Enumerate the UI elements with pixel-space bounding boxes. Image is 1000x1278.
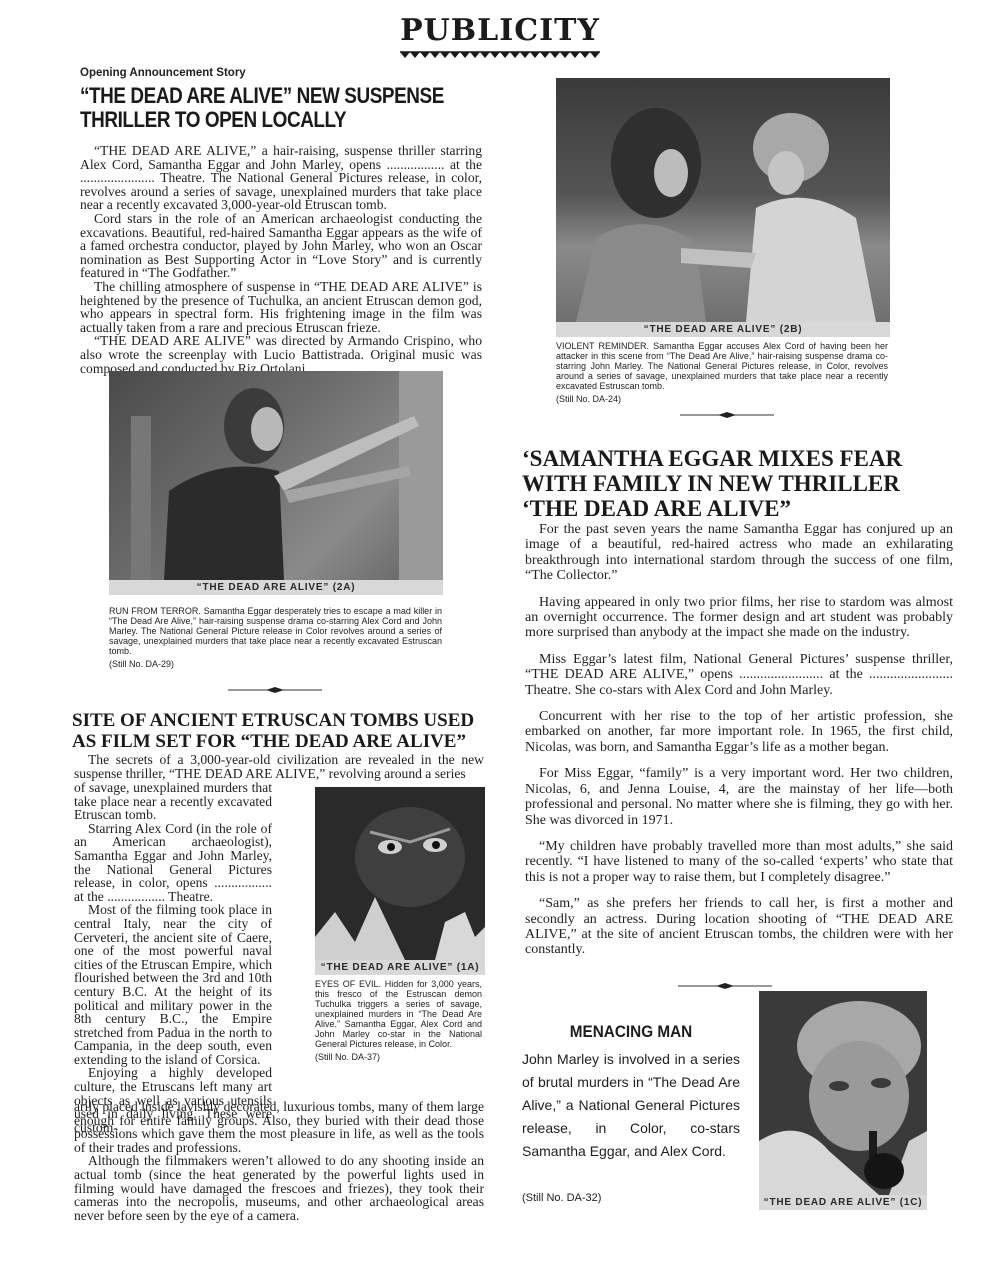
paragraph: Having appeared in only two prior films,… <box>525 595 953 641</box>
woman-escaping-illustration <box>109 371 443 580</box>
headline-line: “THE DEAD ARE ALIVE” NEW SUSPENSE <box>80 84 441 108</box>
man-with-pipe-illustration <box>759 991 927 1195</box>
menacing-man-title: MENACING MAN <box>533 1022 729 1042</box>
paragraph: “My children have probably travelled mor… <box>525 839 953 885</box>
caption-text: VIOLENT REMINDER. Samantha Eggar accuses… <box>556 341 888 391</box>
story2-wide-column: arily placed inside lavishly decorated, … <box>74 1100 484 1222</box>
still-number: (Still No. DA-32) <box>522 1192 601 1204</box>
paragraph: of savage, unexplained murders that take… <box>74 781 272 822</box>
paragraph: Cord stars in the role of an American ar… <box>80 212 482 280</box>
paragraph: For the past seven years the name Samant… <box>525 522 953 584</box>
menacing-man-body: John Marley is involved in a series of b… <box>522 1048 740 1163</box>
photo-1a-caption: EYES OF EVIL. Hidden for 3,000 years, th… <box>315 979 482 1062</box>
story3-headline: ‘SAMANTHA EGGAR MIXES FEAR WITH FAMILY I… <box>522 446 952 521</box>
paragraph: Although the filmmakers weren’t allowed … <box>74 1154 484 1222</box>
paragraph: The chilling atmosphere of suspense in “… <box>80 280 482 334</box>
paragraph: “Sam,” as she prefers her friends to cal… <box>525 896 953 958</box>
headline-line: ‘SAMANTHA EGGAR MIXES FEAR <box>522 446 952 471</box>
paragraph: “THE DEAD ARE ALIVE,” a hair-raising, su… <box>80 144 482 212</box>
story-kicker: Opening Announcement Story <box>80 67 246 79</box>
headline-line: THRILLER TO OPEN LOCALLY <box>80 108 441 132</box>
paragraph: Starring Alex Cord (in the role of an Am… <box>74 822 272 904</box>
paragraph: Most of the filming took place in centra… <box>74 903 272 1066</box>
paragraph: For Miss Eggar, “family” is a very impor… <box>525 766 953 828</box>
zigzag-rule-icon <box>400 51 600 61</box>
story1-body: “THE DEAD ARE ALIVE,” a hair-raising, su… <box>80 144 482 375</box>
photo-label-strip: “THE DEAD ARE ALIVE” (1A) <box>315 960 485 975</box>
still-number: (Still No. DA-29) <box>109 659 442 669</box>
paragraph: Miss Eggar’s latest film, National Gener… <box>525 652 953 698</box>
page-title: PUBLICITY <box>0 14 1000 48</box>
story2-narrow-column: of savage, unexplained murders that take… <box>74 781 272 1134</box>
masthead: PUBLICITY <box>0 14 1000 66</box>
photo-2a-caption: RUN FROM TERROR. Samantha Eggar desperat… <box>109 606 442 669</box>
story1-headline: “THE DEAD ARE ALIVE” NEW SUSPENSE THRILL… <box>80 84 500 132</box>
photo-2a: “THE DEAD ARE ALIVE” (2A) <box>109 371 443 595</box>
caption-text: EYES OF EVIL. Hidden for 3,000 years, th… <box>315 979 482 1049</box>
paragraph: The secrets of a 3,000-year-old civiliza… <box>74 753 484 780</box>
headline-line: WITH FAMILY IN NEW THRILLER <box>522 471 952 496</box>
paragraph: Concurrent with her rise to the top of h… <box>525 709 953 755</box>
headline-line: SITE OF ANCIENT ETRUSCAN TOMBS USED <box>72 710 492 731</box>
caption-text: RUN FROM TERROR. Samantha Eggar desperat… <box>109 606 442 656</box>
photo-label-strip: “THE DEAD ARE ALIVE” (2A) <box>109 580 443 595</box>
photo-1a: “THE DEAD ARE ALIVE” (1A) <box>315 787 485 975</box>
couple-scene-illustration <box>556 78 890 322</box>
headline-line: AS FILM SET FOR “THE DEAD ARE ALIVE” <box>72 731 492 752</box>
paragraph: arily placed inside lavishly decorated, … <box>74 1100 484 1154</box>
ornament-divider-icon <box>678 981 772 991</box>
ornament-divider-icon <box>680 410 774 420</box>
story3-body: For the past seven years the name Samant… <box>525 522 953 969</box>
story2-intro: The secrets of a 3,000-year-old civiliza… <box>74 753 484 780</box>
demon-face-illustration <box>315 787 485 960</box>
paragraph: “THE DEAD ARE ALIVE” was directed by Arm… <box>80 334 482 375</box>
story2-headline: SITE OF ANCIENT ETRUSCAN TOMBS USED AS F… <box>72 710 492 752</box>
photo-1c: “THE DEAD ARE ALIVE” (1C) <box>759 991 927 1210</box>
headline-line: ‘THE DEAD ARE ALIVE” <box>522 496 952 521</box>
photo-label-strip: “THE DEAD ARE ALIVE” (1C) <box>759 1195 927 1210</box>
photo-label-strip: “THE DEAD ARE ALIVE” (2B) <box>556 322 890 337</box>
photo-2b: “THE DEAD ARE ALIVE” (2B) <box>556 78 890 337</box>
still-number: (Still No. DA-24) <box>556 394 888 404</box>
ornament-divider-icon <box>228 685 322 695</box>
still-number: (Still No. DA-37) <box>315 1052 482 1062</box>
photo-2b-caption: VIOLENT REMINDER. Samantha Eggar accuses… <box>556 341 888 404</box>
